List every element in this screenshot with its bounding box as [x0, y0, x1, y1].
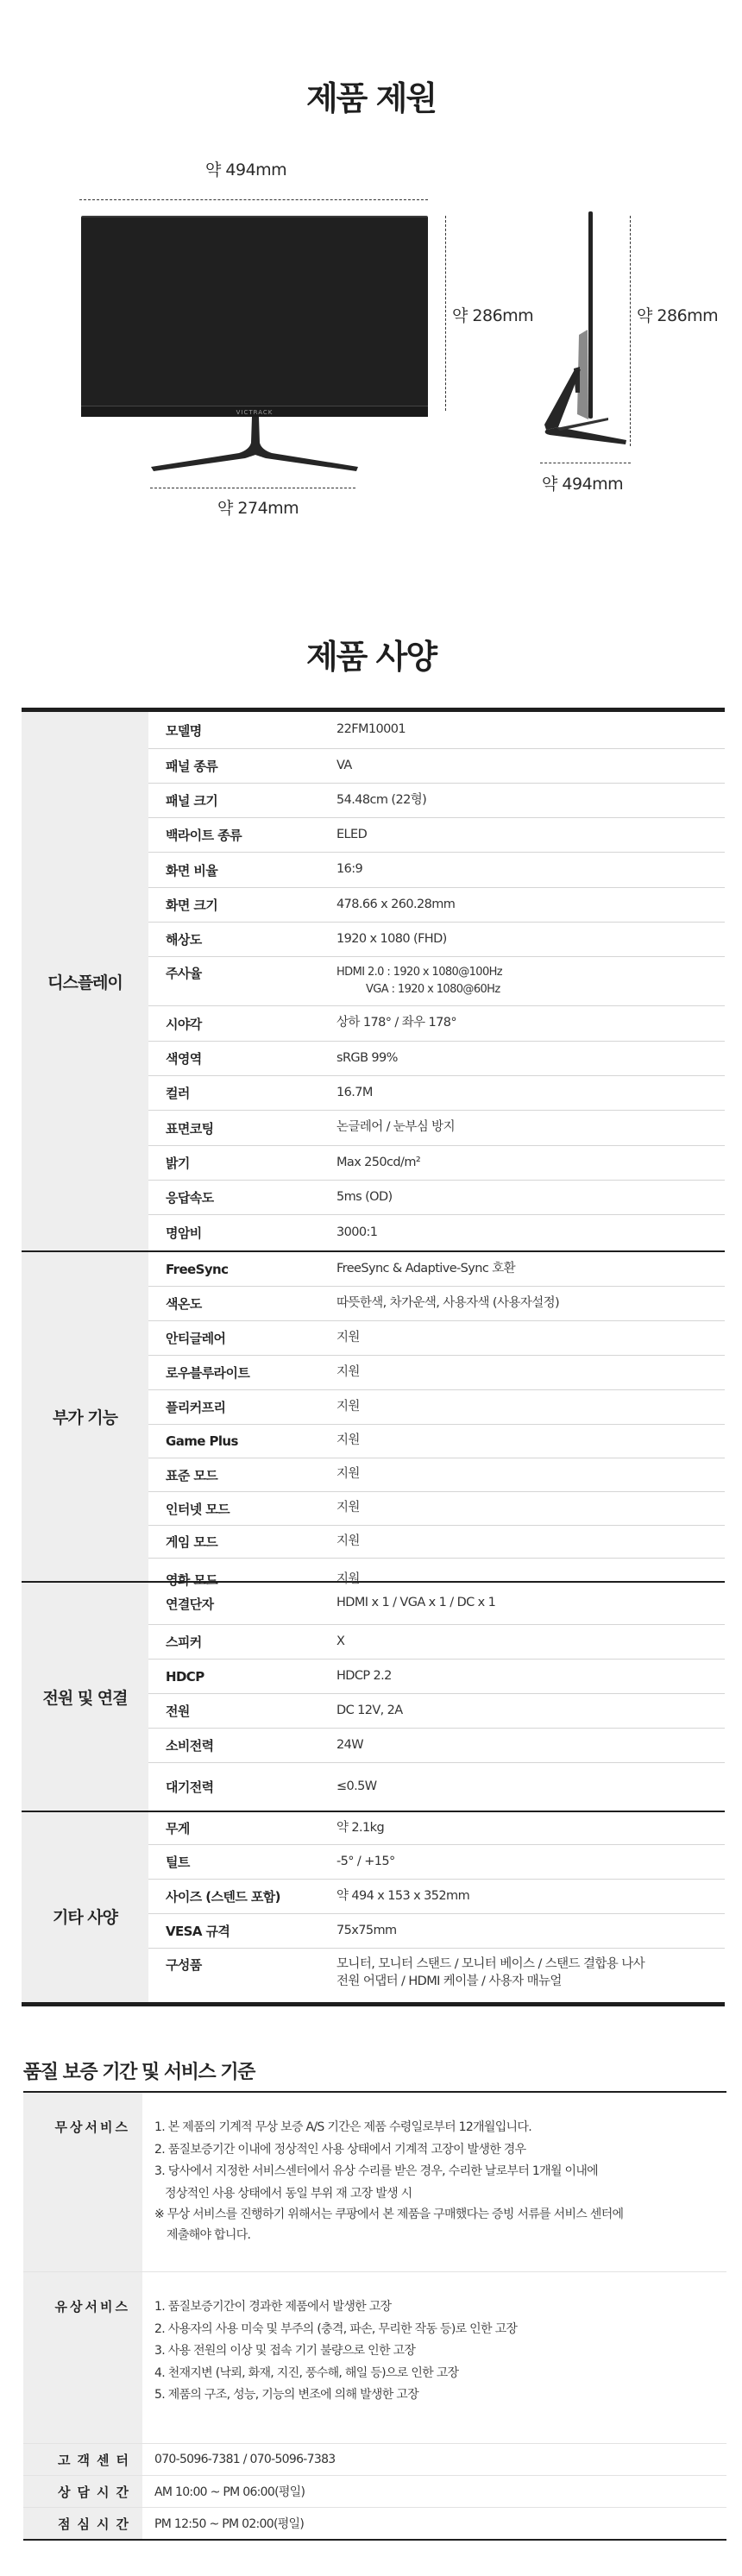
front-width-label: 약 494mm [205, 157, 286, 180]
spec-label: 밝기 [148, 1154, 336, 1172]
spec-value: ≤0.5W [336, 1778, 725, 1796]
spec-category: 부가 기능 [22, 1252, 148, 1581]
spec-row: 명암비3000:1 [148, 1214, 725, 1250]
spec-row: 패널 종류VA [148, 748, 725, 783]
spec-row: 주사율HDMI 2.0 : 1920 x 1080@100HzVGA : 192… [148, 956, 725, 1005]
spec-value: FreeSync & Adaptive-Sync 호환 [336, 1260, 725, 1278]
spec-label: Game Plus [148, 1433, 336, 1449]
monitor-front-image: VICTRACK [81, 216, 428, 417]
spec-row: 소비전력24W [148, 1728, 725, 1762]
spec-value: VA [336, 757, 725, 775]
spec-label: 표면코팅 [148, 1119, 336, 1137]
front-height-label: 약 286mm [452, 303, 533, 326]
lunch-hours-value: PM 12:50 ~ PM 02:00(평일) [142, 2508, 726, 2539]
spec-value: 22FM10001 [336, 721, 725, 739]
spec-value: 약 494 x 153 x 352mm [336, 1887, 725, 1905]
spec-row: 사이즈 (스텐드 포함)약 494 x 153 x 352mm [148, 1879, 725, 1913]
spec-value-line: 모니터, 모니터 스탠드 / 모니터 베이스 / 스탠드 결합용 나사 [336, 1956, 725, 1973]
spec-label: 컬러 [148, 1084, 336, 1102]
spec-row: 틸트-5° / +15° [148, 1844, 725, 1879]
spec-value: 지원 [336, 1398, 725, 1416]
spec-row: 로우블루라이트지원 [148, 1355, 725, 1389]
spec-label: 표준 모드 [148, 1466, 336, 1484]
spec-label: 안티글레어 [148, 1329, 336, 1347]
spec-value: 24W [336, 1736, 725, 1754]
spec-label: 응답속도 [148, 1188, 336, 1206]
spec-table: 디스플레이 모델명22FM10001 패널 종류VA 패널 크기54.48cm … [22, 708, 725, 2006]
spec-value: 3000:1 [336, 1224, 725, 1242]
spec-row: 대기전력≤0.5W [148, 1762, 725, 1811]
warranty-label: 상담시간 [23, 2476, 142, 2507]
spec-row: 게임 모드지원 [148, 1525, 725, 1558]
spec-label: 무게 [148, 1819, 336, 1837]
spec-value: 지원 [336, 1465, 725, 1483]
front-height-dimension-line [445, 216, 446, 411]
warranty-label: 무상서비스 [23, 2093, 142, 2271]
monitor-side-image [539, 207, 634, 449]
warranty-row-paid-service: 유상서비스 1. 품질보증기간이 경과한 제품에서 발생한 고장 2. 사용자의… [23, 2271, 726, 2443]
spec-group-display: 디스플레이 모델명22FM10001 패널 종류VA 패널 크기54.48cm … [22, 712, 725, 1250]
spec-row: 스피커X [148, 1624, 725, 1659]
spec-value: 지원 [336, 1533, 725, 1551]
warranty-line: 정상적인 사용 상태에서 동일 부위 재 고장 발생 시 [154, 2183, 726, 2204]
side-depth-label: 약 494mm [542, 471, 623, 494]
spec-value: 지원 [336, 1499, 725, 1517]
spec-value: Max 250cd/m² [336, 1154, 725, 1172]
spec-row: 밝기Max 250cd/m² [148, 1145, 725, 1180]
spec-label: 대기전력 [148, 1778, 336, 1796]
warranty-line: 3. 사용 전원의 이상 및 접속 기기 불량으로 인한 고장 [154, 2340, 726, 2363]
front-width-dimension-line [79, 199, 428, 200]
spec-category: 전원 및 연결 [22, 1583, 148, 1811]
spec-label: 화면 크기 [148, 896, 336, 914]
spec-value: -5° / +15° [336, 1853, 725, 1871]
spec-value: 따뜻한색, 차가운색, 사용자색 (사용자설정) [336, 1294, 725, 1313]
spec-label: 연결단자 [148, 1595, 336, 1613]
spec-value: 상하 178° / 좌우 178° [336, 1014, 725, 1032]
spec-label: VESA 규격 [148, 1922, 336, 1940]
spec-label: 색영역 [148, 1049, 336, 1068]
spec-label: 패널 크기 [148, 791, 336, 809]
spec-value: sRGB 99% [336, 1049, 725, 1068]
spec-value: HDCP 2.2 [336, 1667, 725, 1685]
spec-label: 백라이트 종류 [148, 826, 336, 844]
spec-value-line: VGA : 1920 x 1080@60Hz [336, 981, 725, 998]
spec-label: HDCP [148, 1669, 336, 1685]
spec-value: DC 12V, 2A [336, 1702, 725, 1720]
warranty-label: 점심시간 [23, 2508, 142, 2539]
side-height-label: 약 286mm [637, 303, 718, 326]
warranty-line: 5. 제품의 구조, 성능, 기능의 변조에 의해 발생한 고장 [154, 2384, 726, 2407]
spec-value-line: HDMI 2.0 : 1920 x 1080@100Hz [336, 964, 725, 981]
warranty-line: 2. 사용자의 사용 미숙 및 부주의 (충격, 파손, 무리한 작동 등)로 … [154, 2319, 726, 2341]
spec-row: 컬러16.7M [148, 1075, 725, 1110]
spec-label: 스피커 [148, 1633, 336, 1651]
spec-row: 해상도1920 x 1080 (FHD) [148, 922, 725, 956]
spec-category: 기타 사양 [22, 1812, 148, 2002]
spec-category: 디스플레이 [22, 712, 148, 1250]
spec-group-extra-features: 부가 기능 FreeSyncFreeSync & Adaptive-Sync 호… [22, 1250, 725, 1581]
spec-row: 구성품모니터, 모니터 스탠드 / 모니터 베이스 / 스탠드 결합용 나사전원… [148, 1948, 725, 2004]
stand-width-label: 약 274mm [217, 495, 299, 519]
warranty-row-customer-center: 고객센터 070-5096-7381 / 070-5096-7383 [23, 2443, 726, 2475]
spec-row: 백라이트 종류ELED [148, 817, 725, 852]
spec-row: 시야각상하 178° / 좌우 178° [148, 1005, 725, 1041]
spec-label: 소비전력 [148, 1736, 336, 1754]
spec-value: X [336, 1633, 725, 1651]
spec-label: 패널 종류 [148, 757, 336, 775]
spec-value: 1920 x 1080 (FHD) [336, 930, 725, 948]
spec-row: 연결단자HDMI x 1 / VGA x 1 / DC x 1 [148, 1583, 725, 1624]
warranty-value: 1. 품질보증기간이 경과한 제품에서 발생한 고장 2. 사용자의 사용 미숙… [142, 2272, 726, 2443]
side-depth-dimension-line [540, 463, 631, 463]
spec-value: ELED [336, 826, 725, 844]
spec-row: 표준 모드지원 [148, 1458, 725, 1491]
spec-label: 모델명 [148, 721, 336, 740]
spec-value: HDMI 2.0 : 1920 x 1080@100HzVGA : 1920 x… [336, 964, 725, 998]
spec-label: 화면 비율 [148, 861, 336, 879]
stand-width-dimension-line [150, 488, 355, 488]
spec-row: FreeSyncFreeSync & Adaptive-Sync 호환 [148, 1252, 725, 1286]
spec-label: 인터넷 모드 [148, 1500, 336, 1518]
spec-value: 16:9 [336, 860, 725, 879]
spec-row: 화면 비율16:9 [148, 852, 725, 887]
spec-row: 무게약 2.1kg [148, 1812, 725, 1844]
spec-row: 모델명22FM10001 [148, 712, 725, 748]
warranty-row-free-service: 무상서비스 1. 본 제품의 기계적 무상 보증 A/S 기간은 제품 수령일로… [23, 2093, 726, 2271]
spec-value-line: 전원 어댑터 / HDMI 케이블 / 사용자 매뉴얼 [336, 1973, 725, 1990]
monitor-front-stand-icon [147, 417, 362, 473]
spec-row: 인터넷 모드지원 [148, 1491, 725, 1525]
spec-label: 로우블루라이트 [148, 1364, 336, 1382]
warranty-row-lunch-hours: 점심시간 PM 12:50 ~ PM 02:00(평일) [23, 2507, 726, 2539]
spec-label: FreeSync [148, 1262, 336, 1277]
warranty-line: 1. 품질보증기간이 경과한 제품에서 발생한 고장 [154, 2296, 726, 2319]
spec-value: HDMI x 1 / VGA x 1 / DC x 1 [336, 1594, 725, 1612]
spec-value: 16.7M [336, 1084, 725, 1102]
spec-label: 틸트 [148, 1853, 336, 1871]
spec-row: 안티글레어지원 [148, 1320, 725, 1355]
consult-hours-value: AM 10:00 ~ PM 06:00(평일) [142, 2476, 726, 2507]
customer-center-phone: 070-5096-7381 / 070-5096-7383 [142, 2444, 726, 2475]
spec-label: 게임 모드 [148, 1533, 336, 1551]
spec-label: 색온도 [148, 1294, 336, 1313]
spec-label: 주사율 [148, 964, 336, 982]
spec-row: 전원DC 12V, 2A [148, 1693, 725, 1728]
warranty-line: 1. 본 제품의 기계적 무상 보증 A/S 기간은 제품 수령일로부터 12개… [154, 2117, 726, 2139]
spec-row: Game Plus지원 [148, 1424, 725, 1458]
specs-title: 제품 사양 [0, 630, 742, 677]
dimensions-title: 제품 제원 [0, 72, 742, 119]
spec-row: 패널 크기54.48cm (22형) [148, 783, 725, 817]
side-height-dimension-line [630, 216, 631, 446]
warranty-line: 3. 당사에서 지정한 서비스센터에서 유상 수리를 받은 경우, 수리한 날로… [154, 2161, 726, 2183]
spec-label: 구성품 [148, 1956, 336, 1974]
spec-value: 지원 [336, 1364, 725, 1382]
spec-group-power-connection: 전원 및 연결 연결단자HDMI x 1 / VGA x 1 / DC x 1 … [22, 1581, 725, 1811]
warranty-note: 제출해야 합니다. [154, 2225, 726, 2245]
warranty-line: 4. 천재지변 (낙뢰, 화재, 지진, 풍수해, 해일 등)으로 인한 고장 [154, 2363, 726, 2385]
spec-label: 명암비 [148, 1224, 336, 1242]
spec-row: 표면코팅논글레어 / 눈부심 방지 [148, 1110, 725, 1145]
spec-row: HDCPHDCP 2.2 [148, 1659, 725, 1693]
spec-label: 플리커프리 [148, 1398, 336, 1416]
warranty-label: 유상서비스 [23, 2272, 142, 2443]
spec-row: 색온도따뜻한색, 차가운색, 사용자색 (사용자설정) [148, 1286, 725, 1320]
spec-row: 화면 크기478.66 x 260.28mm [148, 887, 725, 922]
warranty-title: 품질 보증 기간 및 서비스 기준 [23, 2057, 255, 2084]
warranty-note: ※ 무상 서비스를 진행하기 위해서는 쿠팡에서 본 제품을 구매했다는 증빙 … [154, 2204, 726, 2225]
warranty-line: 2. 품질보증기간 이내에 정상적인 사용 상태에서 기계적 고장이 발생한 경… [154, 2139, 726, 2162]
spec-group-other: 기타 사양 무게약 2.1kg 틸트-5° / +15° 사이즈 (스텐드 포함… [22, 1811, 725, 2002]
spec-value: 약 2.1kg [336, 1819, 725, 1837]
warranty-row-consult-hours: 상담시간 AM 10:00 ~ PM 06:00(평일) [23, 2475, 726, 2507]
spec-row: 응답속도5ms (OD) [148, 1180, 725, 1214]
spec-label: 시야각 [148, 1015, 336, 1033]
spec-label: 사이즈 (스텐드 포함) [148, 1887, 336, 1905]
warranty-value: 1. 본 제품의 기계적 무상 보증 A/S 기간은 제품 수령일로부터 12개… [142, 2093, 726, 2271]
spec-label: 전원 [148, 1702, 336, 1720]
spec-value: 478.66 x 260.28mm [336, 896, 725, 914]
warranty-label: 고객센터 [23, 2444, 142, 2475]
spec-value: 5ms (OD) [336, 1188, 725, 1206]
spec-value: 지원 [336, 1329, 725, 1347]
spec-value: 논글레어 / 눈부심 방지 [336, 1118, 725, 1137]
brand-logo: VICTRACK [81, 409, 428, 416]
spec-row: 플리커프리지원 [148, 1389, 725, 1424]
spec-value: 지원 [336, 1432, 725, 1450]
spec-row: 색영역sRGB 99% [148, 1041, 725, 1075]
spec-row: VESA 규격75x75mm [148, 1913, 725, 1948]
spec-value: 모니터, 모니터 스탠드 / 모니터 베이스 / 스탠드 결합용 나사전원 어댑… [336, 1956, 725, 1990]
spec-label: 해상도 [148, 930, 336, 948]
spec-value: 54.48cm (22형) [336, 791, 725, 809]
spec-value: 75x75mm [336, 1922, 725, 1940]
warranty-table: 무상서비스 1. 본 제품의 기계적 무상 보증 A/S 기간은 제품 수령일로… [23, 2091, 726, 2541]
